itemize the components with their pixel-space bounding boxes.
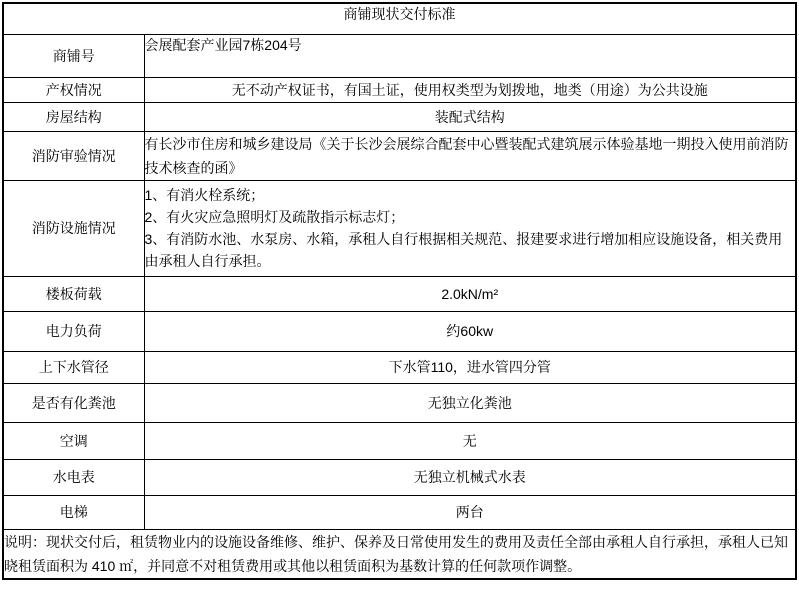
row-label-property-rights: 产权情况 <box>3 77 144 102</box>
row-label-water-pipes: 上下水管径 <box>3 351 144 383</box>
row-label-floor-load: 楼板荷载 <box>3 276 144 311</box>
table-row-air-conditioning: 空调 无 <box>3 422 796 459</box>
row-value-property-rights: 无不动产权证书，有国土证，使用权类型为划拨地，地类（用途）为公共设施 <box>144 77 796 102</box>
row-label-septic-tank: 是否有化粪池 <box>3 383 144 422</box>
delivery-standards-table: 商铺现状交付标准 商铺号 会展配套产业园7栋204号 产权情况 无不动产权证书，… <box>2 2 797 580</box>
row-value-fire-inspection: 有长沙市住房和城乡建设局《关于长沙会展综合配套中心暨装配式建筑展示体验基地一期投… <box>144 131 796 180</box>
row-label-building-structure: 房屋结构 <box>3 102 144 131</box>
table-row-septic-tank: 是否有化粪池 无独立化粪池 <box>3 383 796 422</box>
table-title: 商铺现状交付标准 <box>3 3 796 34</box>
row-label-power-load: 电力负荷 <box>3 311 144 351</box>
table-row-power-load: 电力负荷 约60kw <box>3 311 796 351</box>
row-value-utility-meters: 无独立机械式水表 <box>144 459 796 495</box>
row-value-power-load: 约60kw <box>144 311 796 351</box>
table-note: 说明：现状交付后，租赁物业内的设施设备维修、维护、保养及日常使用发生的费用及责任… <box>3 529 796 579</box>
row-label-fire-facilities: 消防设施情况 <box>3 180 144 276</box>
row-label-elevator: 电梯 <box>3 495 144 529</box>
table-row-utility-meters: 水电表 无独立机械式水表 <box>3 459 796 495</box>
row-label-air-conditioning: 空调 <box>3 422 144 459</box>
table-row-property-rights: 产权情况 无不动产权证书，有国土证，使用权类型为划拨地，地类（用途）为公共设施 <box>3 77 796 102</box>
row-value-elevator: 两台 <box>144 495 796 529</box>
table-row-shop-number: 商铺号 会展配套产业园7栋204号 <box>3 34 796 77</box>
row-value-septic-tank: 无独立化粪池 <box>144 383 796 422</box>
table-row-building-structure: 房屋结构 装配式结构 <box>3 102 796 131</box>
table-row-water-pipes: 上下水管径 下水管110，进水管四分管 <box>3 351 796 383</box>
row-value-shop-number: 会展配套产业园7栋204号 <box>144 34 796 77</box>
row-value-floor-load: 2.0kN/m² <box>144 276 796 311</box>
row-value-air-conditioning: 无 <box>144 422 796 459</box>
table-row-fire-inspection: 消防审验情况 有长沙市住房和城乡建设局《关于长沙会展综合配套中心暨装配式建筑展示… <box>3 131 796 180</box>
row-value-fire-facilities: 1、有消火栓系统； 2、有火灾应急照明灯及疏散指示标志灯； 3、有消防水池、水泵… <box>144 180 796 276</box>
row-value-water-pipes: 下水管110，进水管四分管 <box>144 351 796 383</box>
row-label-fire-inspection: 消防审验情况 <box>3 131 144 180</box>
table-row-fire-facilities: 消防设施情况 1、有消火栓系统； 2、有火灾应急照明灯及疏散指示标志灯； 3、有… <box>3 180 796 276</box>
table-row-elevator: 电梯 两台 <box>3 495 796 529</box>
row-label-shop-number: 商铺号 <box>3 34 144 77</box>
table-note-row: 说明：现状交付后，租赁物业内的设施设备维修、维护、保养及日常使用发生的费用及责任… <box>3 529 796 579</box>
table-title-row: 商铺现状交付标准 <box>3 3 796 34</box>
row-value-building-structure: 装配式结构 <box>144 102 796 131</box>
row-label-utility-meters: 水电表 <box>3 459 144 495</box>
table-row-floor-load: 楼板荷载 2.0kN/m² <box>3 276 796 311</box>
